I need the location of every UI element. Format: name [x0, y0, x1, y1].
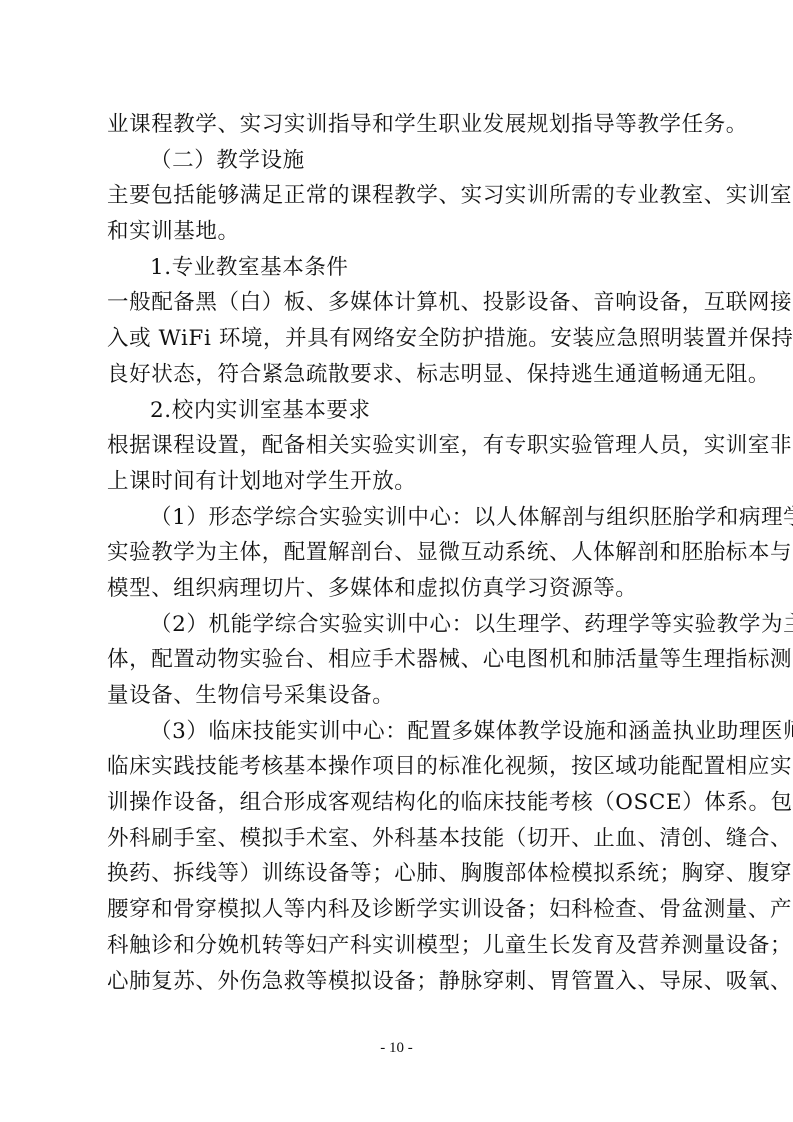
subsection-heading: 2.校内实训室基本要求 [107, 393, 689, 429]
text-line: 一般配备黑（白）板、多媒体计算机、投影设备、音响设备，互联网接 [107, 285, 689, 321]
text-line: 良好状态，符合紧急疏散要求、标志明显、保持逃生通道畅通无阻。 [107, 357, 689, 393]
paragraph-start: （2）机能学综合实验实训中心：以生理学、药理学等实验教学为主 [107, 607, 689, 643]
text-line: 主要包括能够满足正常的课程教学、实习实训所需的专业教室、实训室 [107, 178, 689, 214]
subsection-heading: 1.专业教室基本条件 [107, 250, 689, 286]
text-line: 根据课程设置，配备相关实验实训室，有专职实验管理人员，实训室非 [107, 428, 689, 464]
section-heading: （二）教学设施 [107, 143, 689, 179]
text-line: 量设备、生物信号采集设备。 [107, 678, 689, 714]
paragraph-start: （3）临床技能实训中心：配置多媒体教学设施和涵盖执业助理医师 [107, 714, 689, 750]
text-line: 心肺复苏、外伤急救等模拟设备；静脉穿刺、胃管置入、导尿、吸氧、 [107, 964, 689, 1000]
text-line: 模型、组织病理切片、多媒体和虚拟仿真学习资源等。 [107, 571, 689, 607]
paragraph-start: （1）形态学综合实验实训中心：以人体解剖与组织胚胎学和病理学 [107, 500, 689, 536]
text-line: 业课程教学、实习实训指导和学生职业发展规划指导等教学任务。 [107, 107, 689, 143]
text-line: 外科刷手室、模拟手术室、外科基本技能（切开、止血、清创、缝合、 [107, 821, 689, 857]
text-line: 科触诊和分娩机转等妇产科实训模型；儿童生长发育及营养测量设备； [107, 928, 689, 964]
document-body: 业课程教学、实习实训指导和学生职业发展规划指导等教学任务。 （二）教学设施 主要… [107, 107, 689, 999]
text-line: 入或 WiFi 环境，并具有网络安全防护措施。安装应急照明装置并保持 [107, 321, 689, 357]
text-line: 上课时间有计划地对学生开放。 [107, 464, 689, 500]
text-line: 训操作设备，组合形成客观结构化的临床技能考核（OSCE）体系。包括： [107, 785, 689, 821]
text-line: 和实训基地。 [107, 214, 689, 250]
page-number: - 10 - [0, 1040, 793, 1057]
text-line: 实验教学为主体，配置解剖台、显微互动系统、人体解剖和胚胎标本与 [107, 535, 689, 571]
text-line: 腰穿和骨穿模拟人等内科及诊断学实训设备；妇科检查、骨盆测量、产 [107, 892, 689, 928]
text-line: 换药、拆线等）训练设备等；心肺、胸腹部体检模拟系统；胸穿、腹穿、 [107, 856, 689, 892]
text-line: 体，配置动物实验台、相应手术器械、心电图机和肺活量等生理指标测 [107, 642, 689, 678]
text-line: 临床实践技能考核基本操作项目的标准化视频，按区域功能配置相应实 [107, 749, 689, 785]
